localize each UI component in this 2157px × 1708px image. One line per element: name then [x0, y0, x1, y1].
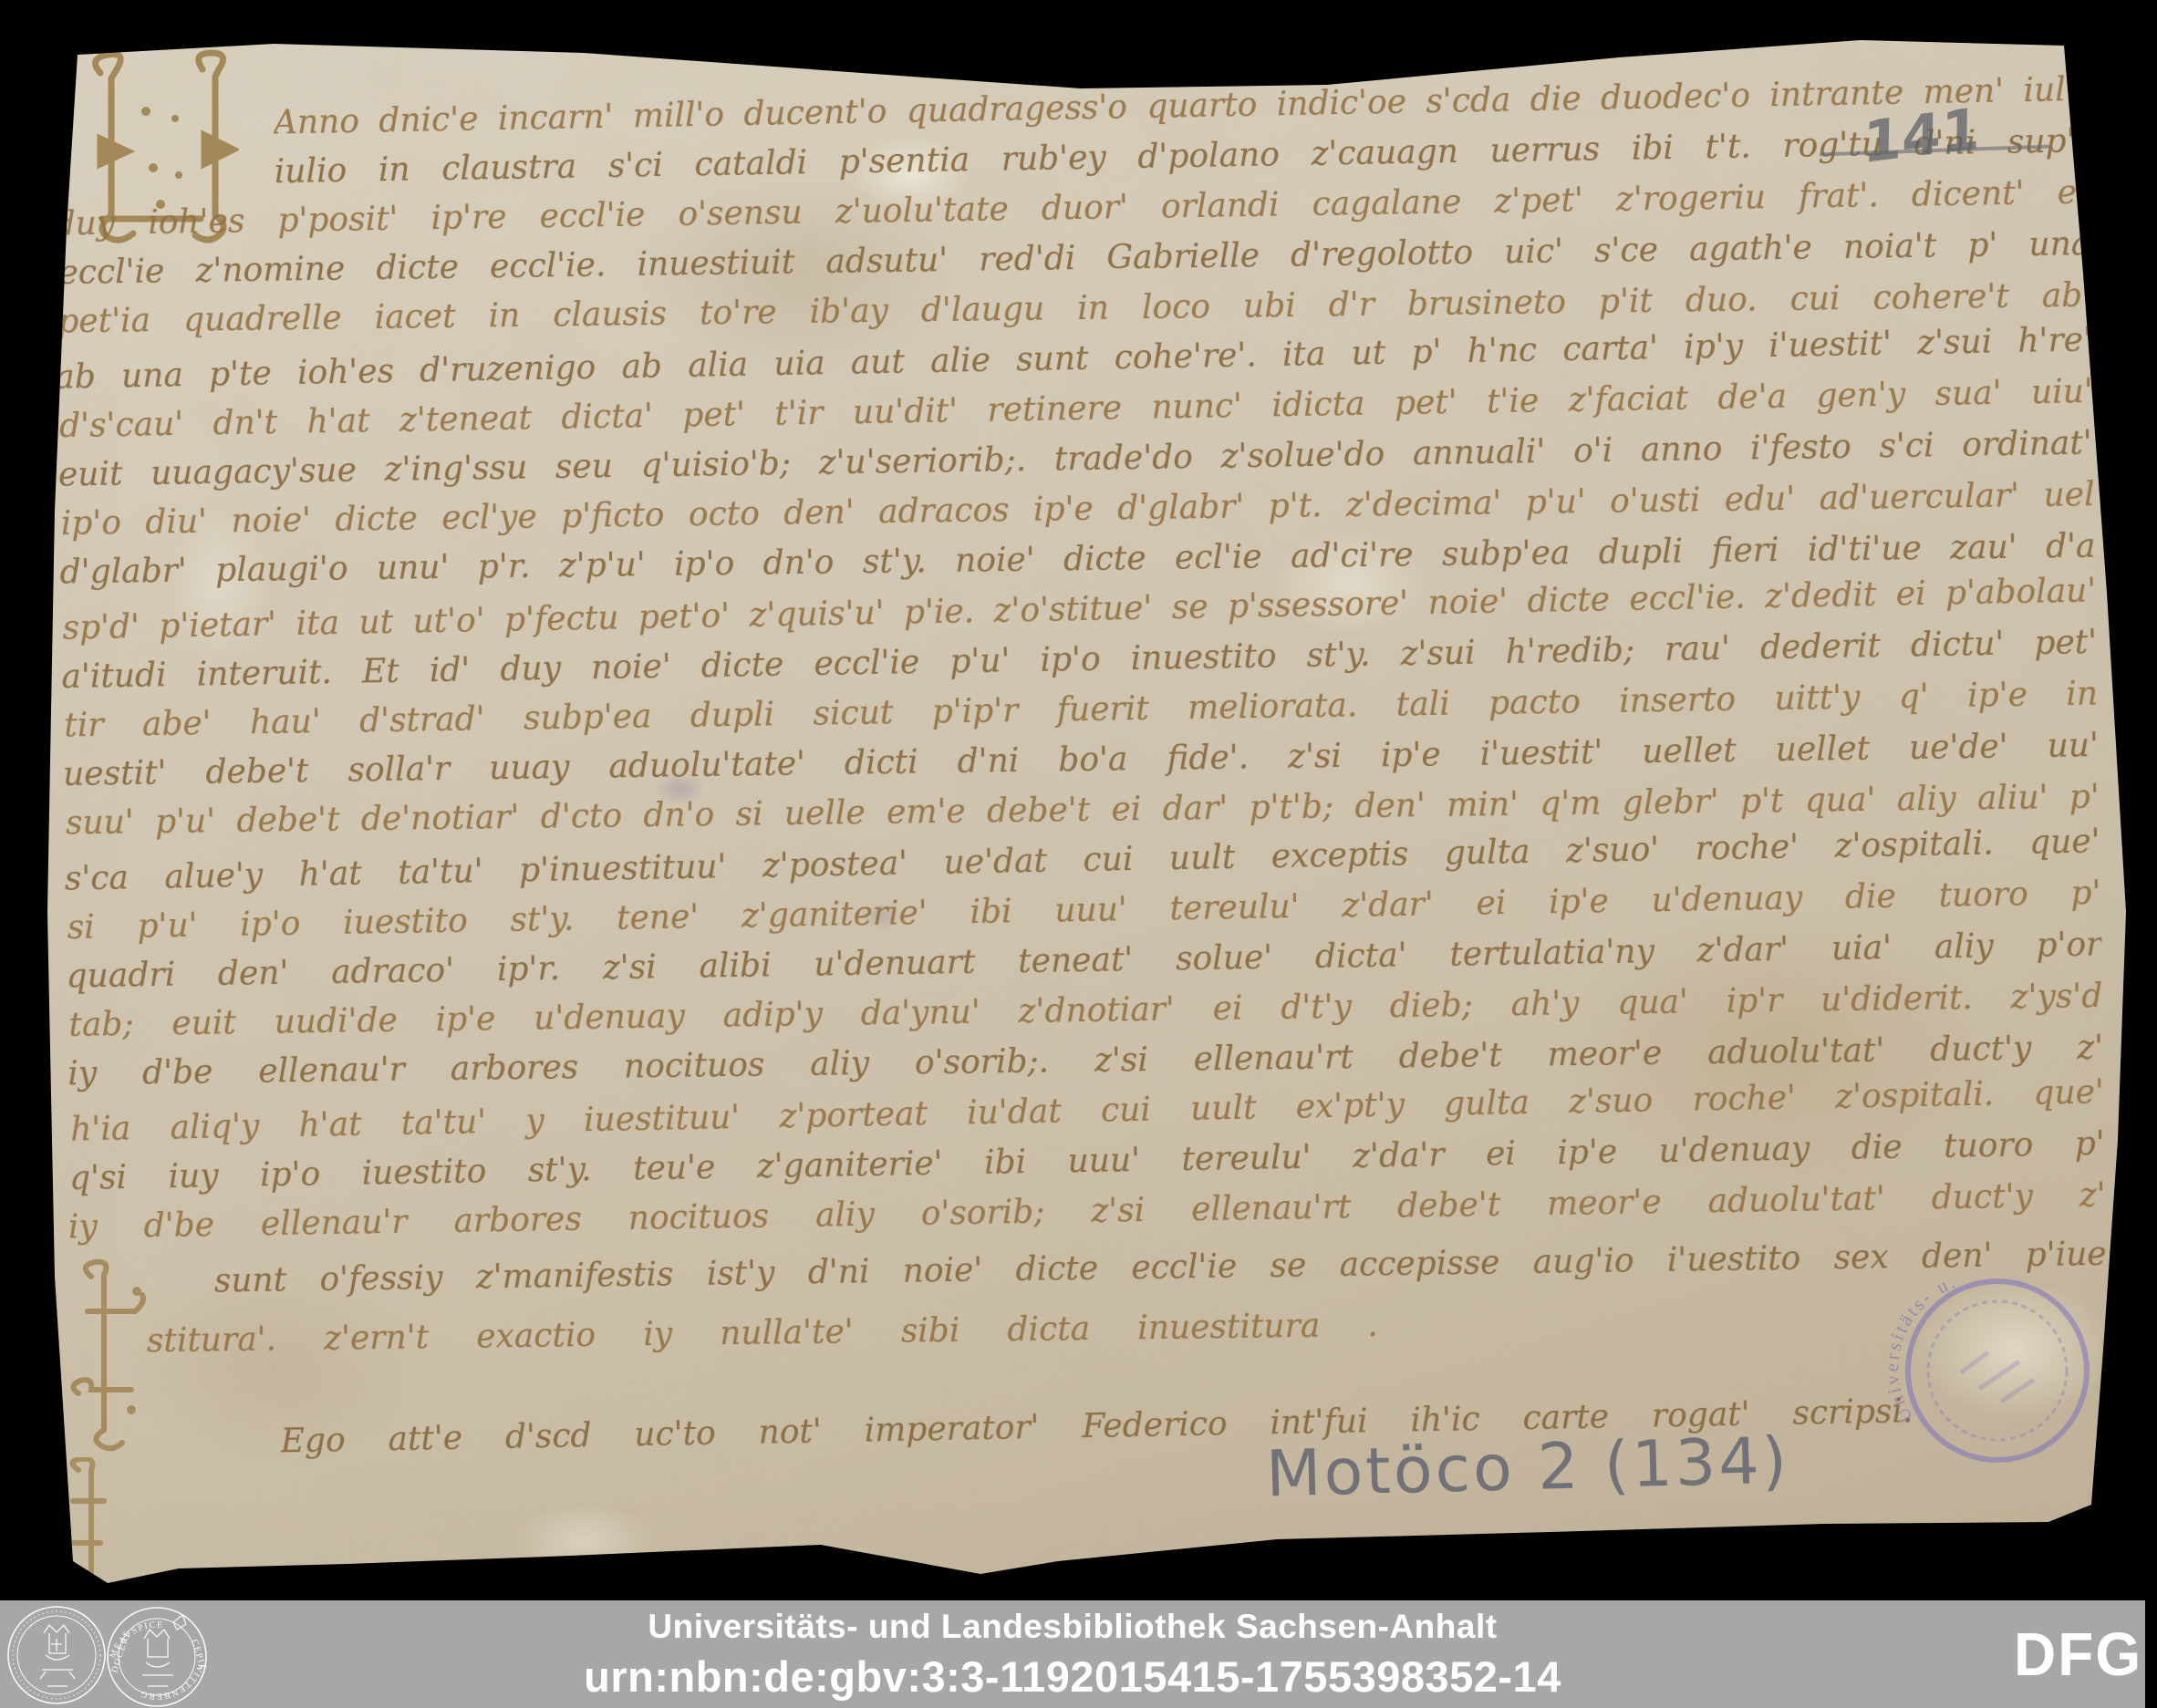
- notary-signum-mark: [60, 1257, 151, 1453]
- notary-signum-mark-2: [46, 1457, 119, 1612]
- ink-lines: Anno dnic'e incarn' mill'o ducent'o quad…: [0, 0, 2157, 1708]
- parchment-document: Anno dnic'e incarn' mill'o ducent'o quad…: [0, 0, 2157, 1708]
- footer-bar: MEAVSPICE WITTENBERG DOCERE CEPIT Univer…: [0, 1600, 2145, 1708]
- institution-name: Universitäts- und Landesbibliothek Sachs…: [648, 1608, 1497, 1646]
- pencil-note-shelfmark: Motöco 2 (134): [1265, 1423, 1790, 1512]
- scan-viewer: Anno dnic'e incarn' mill'o ducent'o quad…: [0, 0, 2157, 1708]
- library-ownership-stamp: Universitäts- u.: [1888, 1263, 2125, 1473]
- dfg-logo: DFG: [2014, 1619, 2142, 1690]
- urn-identifier: urn:nbn:de:gbv:3:3-1192015415-1755398352…: [584, 1651, 1561, 1702]
- svg-text:Universitäts- u.: Universitäts- u.: [1888, 1269, 1960, 1426]
- footer-text-block: Universitäts- und Landesbibliothek Sachs…: [0, 1600, 2145, 1708]
- manuscript-line: stitura'. z'ern't exactio iy nulla'te' s…: [147, 1305, 1379, 1368]
